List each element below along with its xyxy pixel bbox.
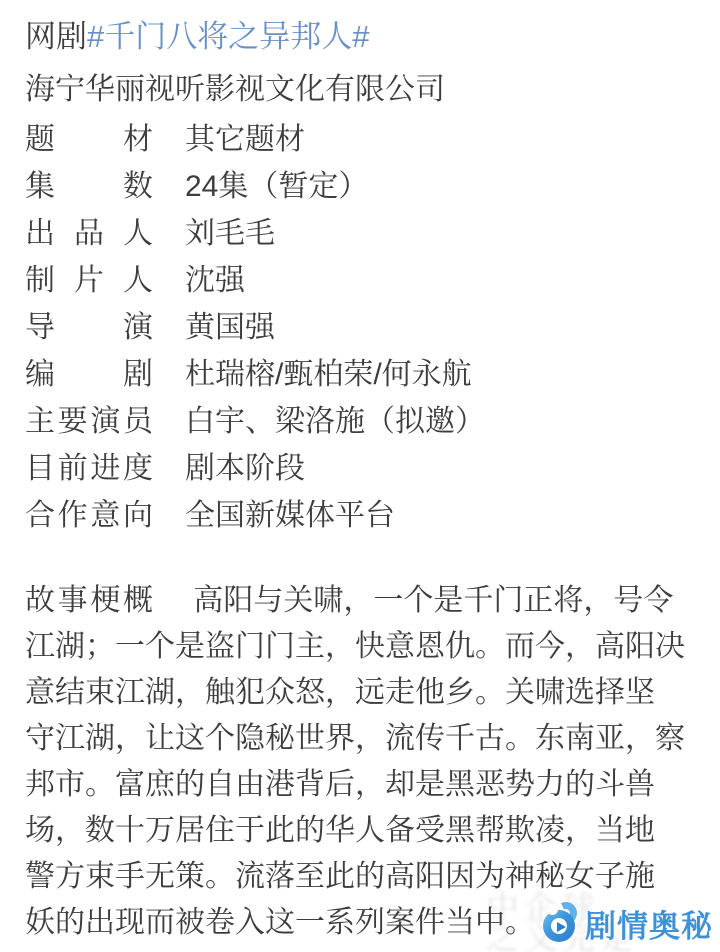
synopsis-line: 守江湖，让这个隐秘世界，流传千古。东南亚，察: [25, 716, 705, 762]
info-label: 出品人: [25, 208, 153, 252]
synopsis-line: 意结束江湖，触犯众怒，远走他乡。关啸选择坚: [25, 670, 705, 716]
info-value: 黄国强: [185, 302, 275, 346]
synopsis-text: 高阳与关啸，一个是千门正将，号令: [193, 584, 673, 617]
site-watermark: 剧情奥秘: [540, 901, 713, 946]
info-label: 导演: [25, 302, 153, 346]
info-label: 合作意向: [25, 490, 153, 534]
synopsis-line: 江湖；一个是盗门门主，快意恩仇。而今，高阳决: [25, 624, 705, 670]
info-value: 刘毛毛: [185, 208, 275, 252]
info-value: 剧本阶段: [185, 443, 305, 487]
info-label: 题材: [25, 114, 153, 158]
company-name: 海宁华丽视听影视文化有限公司: [25, 69, 445, 111]
topic-link[interactable]: #千门八将之异邦人#: [87, 19, 369, 54]
synopsis-section: 故事梗概 高阳与关啸，一个是千门正将，号令 江湖；一个是盗门门主，快意恩仇。而今…: [25, 578, 705, 946]
info-row-director: 导演 黄国强: [25, 300, 695, 347]
info-row-episodes: 集数 24集（暂定）: [25, 159, 695, 206]
info-label: 集数: [25, 161, 153, 205]
synopsis-line: 场，数十万居住于此的华人备受黑帮欺凌，当地: [25, 808, 705, 854]
post-page: 网剧#千门八将之异邦人# 海宁华丽视听影视文化有限公司 题材 其它题材 集数 2…: [0, 0, 720, 952]
page-title: 网剧#千门八将之异邦人#: [25, 16, 369, 58]
info-value: 全国新媒体平台: [185, 490, 395, 534]
info-row-genre: 题材 其它题材: [25, 112, 695, 159]
info-value: 杜瑞榕/甄柏荣/何永航: [185, 349, 472, 393]
synopsis-label: 故事梗概: [25, 578, 153, 624]
info-label: 目前进度: [25, 443, 153, 487]
synopsis-line: 故事梗概 高阳与关啸，一个是千门正将，号令: [25, 578, 705, 624]
info-row-main-cast: 主要演员 白宇、梁洛施（拟邀）: [25, 394, 695, 441]
watermark-text: 剧情奥秘: [585, 901, 713, 946]
info-row-producer: 出品人 刘毛毛: [25, 206, 695, 253]
info-row-line-producer: 制片人 沈强: [25, 253, 695, 300]
info-value: 其它题材: [185, 114, 305, 158]
info-table: 题材 其它题材 集数 24集（暂定） 出品人 刘毛毛 制片人 沈强 导演 黄国强…: [25, 112, 695, 535]
info-row-screenwriter: 编剧 杜瑞榕/甄柏荣/何永航: [25, 347, 695, 394]
info-value: 24集（暂定）: [185, 161, 368, 205]
play-swirl-icon: [540, 903, 582, 945]
info-label: 编剧: [25, 349, 153, 393]
info-label: 制片人: [25, 255, 153, 299]
info-value: 沈强: [185, 255, 245, 299]
info-row-cooperation: 合作意向 全国新媒体平台: [25, 488, 695, 535]
title-prefix: 网剧: [25, 19, 87, 54]
info-label: 主要演员: [25, 396, 153, 440]
synopsis-line: 邦市。富庶的自由港背后，却是黑恶势力的斗兽: [25, 762, 705, 808]
info-value: 白宇、梁洛施（拟邀）: [185, 396, 485, 440]
info-row-progress: 目前进度 剧本阶段: [25, 441, 695, 488]
